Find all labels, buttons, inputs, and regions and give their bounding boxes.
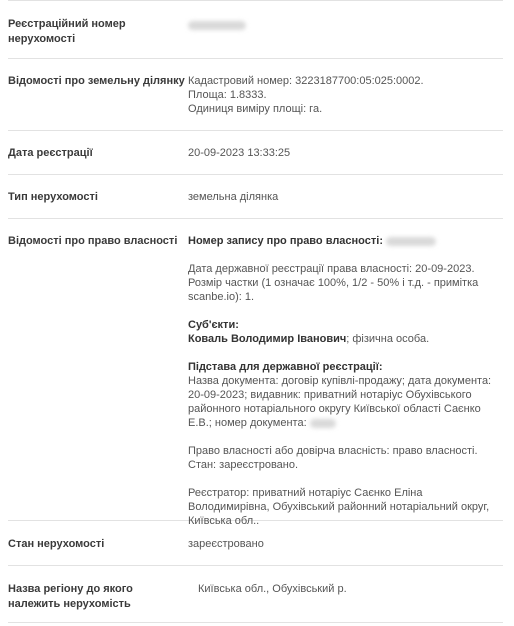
label-land-plot: Відомості про земельну ділянку	[8, 74, 188, 130]
label-registration-number: Реєстраційний номер нерухомості	[8, 17, 188, 58]
state-registration-date: Дата державної реєстрації права власност…	[188, 262, 503, 276]
row-land-plot: Відомості про земельну ділянку Кадастров…	[8, 58, 503, 130]
row-region: Назва регіону до якого належить нерухомі…	[8, 565, 503, 623]
right-type: Право власності або довірча власність: п…	[188, 444, 503, 458]
record-number-label: Номер запису про право власності:	[188, 235, 383, 247]
label-property-type: Тип нерухомості	[8, 190, 188, 218]
cadastral-number: Кадастровий номер: 3223187700:05:025:000…	[188, 74, 503, 88]
redacted-record-number	[386, 237, 436, 246]
value-land-plot: Кадастровий номер: 3223187700:05:025:000…	[188, 74, 503, 130]
subjects-label: Суб'єкти:	[188, 318, 503, 332]
row-ownership: Відомості про право власності Номер запи…	[8, 218, 503, 520]
value-region: Київська обл., Обухівський р.	[198, 582, 503, 622]
redacted-document-number	[310, 419, 336, 428]
share-size: Розмір частки (1 означає 100%, 1/2 - 50%…	[188, 276, 503, 304]
row-registration-date: Дата реєстрації 20-09-2023 13:33:25	[8, 130, 503, 174]
area: Площа: 1.8333.	[188, 88, 503, 102]
value-registration-date: 20-09-2023 13:33:25	[188, 146, 503, 174]
area-unit: Одиниця виміру площі: га.	[188, 102, 503, 116]
value-registration-number	[188, 17, 503, 58]
value-property-type: земельна ділянка	[188, 190, 503, 218]
registrar: Реєстратор: приватний нотаріус Саєнко Ел…	[188, 486, 503, 528]
ownership-status: Стан: зареєстровано.	[188, 458, 503, 472]
redacted-registration-number	[188, 21, 246, 30]
property-details-table: Реєстраційний номер нерухомості Відомост…	[8, 0, 503, 623]
subject-name: Коваль Володимир Іванович	[188, 333, 346, 345]
label-property-status: Стан нерухомості	[8, 537, 188, 565]
row-property-type: Тип нерухомості земельна ділянка	[8, 174, 503, 218]
value-property-status: зареєстровано	[188, 537, 503, 565]
label-region: Назва регіону до якого належить нерухомі…	[8, 582, 198, 622]
value-ownership: Номер запису про право власності: Дата д…	[188, 234, 503, 520]
label-registration-date: Дата реєстрації	[8, 146, 188, 174]
row-registration-number: Реєстраційний номер нерухомості	[8, 0, 503, 58]
basis-label: Підстава для державної реєстрації:	[188, 360, 503, 374]
subject-type: ; фізична особа.	[346, 333, 429, 345]
basis-text: Назва документа: договір купівлі-продажу…	[188, 375, 491, 429]
label-ownership: Відомості про право власності	[8, 234, 188, 520]
